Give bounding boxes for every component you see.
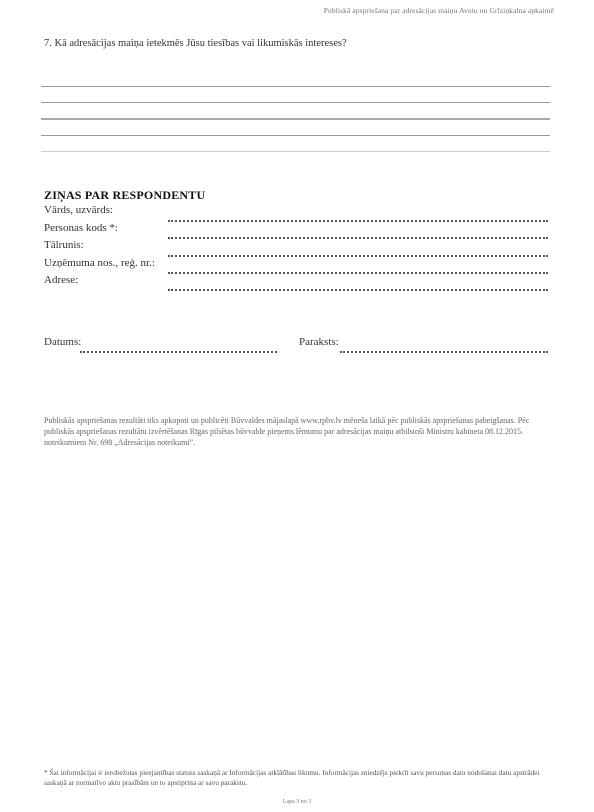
- date-field[interactable]: [80, 351, 277, 353]
- field-label-company: Uzņēmuma nos., reģ. nr.:: [44, 257, 155, 269]
- company-field[interactable]: [168, 272, 548, 274]
- signature-label: Paraksts:: [299, 336, 339, 348]
- personal-code-field[interactable]: [168, 237, 548, 239]
- question-7: 7. Kā adresācijas maiņa ietekmēs Jūsu ti…: [44, 38, 347, 49]
- name-field[interactable]: [168, 220, 548, 222]
- answer-line[interactable]: [41, 86, 550, 87]
- publication-note: Publiskās apspriešanas rezultāti tiks ap…: [44, 415, 544, 448]
- signature-field[interactable]: [340, 351, 548, 353]
- privacy-footnote: * Šai informācijai ir ierobežotas pieeja…: [44, 768, 554, 788]
- date-label: Datums:: [44, 336, 81, 348]
- answer-line[interactable]: [41, 151, 550, 152]
- field-label-name: Vārds, uzvārds:: [44, 204, 113, 216]
- phone-field[interactable]: [168, 255, 548, 257]
- field-label-address: Adrese:: [44, 274, 78, 286]
- respondent-section-title: ZIŅAS PAR RESPONDENTU: [44, 188, 205, 203]
- document-header-title: Publiskā apspriešana par adresācijas mai…: [324, 6, 554, 15]
- field-label-phone: Tālrunis:: [44, 239, 84, 251]
- answer-line[interactable]: [41, 102, 550, 103]
- page-number: Lapa 3 no 3: [0, 799, 594, 805]
- field-label-personal-code: Personas kods *:: [44, 222, 118, 234]
- answer-line[interactable]: [41, 135, 550, 136]
- address-field[interactable]: [168, 289, 548, 291]
- answer-line[interactable]: [41, 118, 550, 120]
